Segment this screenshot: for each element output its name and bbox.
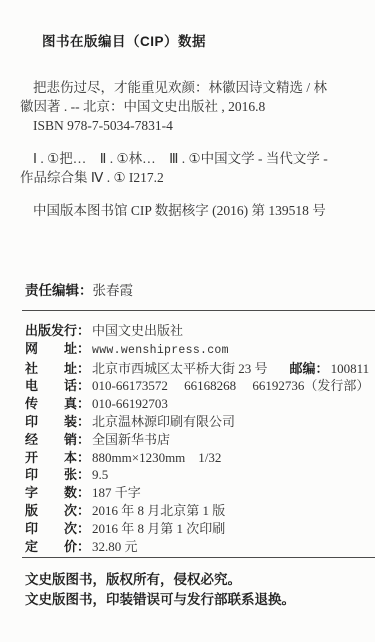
publication-value: 9.5 [92, 467, 108, 482]
publication-value: 全国新华书店 [92, 432, 170, 447]
cip-catalog-entry: 把悲伤过尽，才能重见欢颜：林徽因诗文精选 / 林 徽因著 . -- 北京：中国文… [20, 78, 359, 135]
publication-row: 印装：北京温林源印刷有限公司 [25, 413, 375, 431]
publication-label: 印次 [25, 520, 77, 538]
colon-separator: ： [77, 361, 90, 376]
publication-label: 网址 [25, 340, 77, 358]
copyright-notice: 文史版图书，版权所有，侵权必究。 [25, 570, 375, 590]
publication-label: 开本 [25, 449, 77, 467]
colon-separator: ： [77, 432, 90, 447]
publication-row: 网址：www.wenshipress.com [25, 340, 375, 360]
publication-info-list: 出版发行：中国文史出版社网址：www.wenshipress.com社址：北京市… [25, 322, 375, 555]
colon-separator: ： [77, 341, 90, 356]
publication-value: www.wenshipress.com [92, 344, 229, 357]
publication-value: 187 千字 [92, 485, 141, 500]
publication-row: 版次：2016 年 8 月北京第 1 版 [25, 502, 375, 520]
publication-value: 中国文史出版社 [92, 323, 183, 338]
divider-rule-bottom [22, 557, 375, 558]
notices-block: 文史版图书，版权所有，侵权必究。 文史版图书，印装错误可与发行部联系退换。 [25, 570, 375, 610]
publication-value: 北京温林源印刷有限公司 [92, 414, 235, 429]
returns-notice: 文史版图书，印装错误可与发行部联系退换。 [25, 590, 375, 610]
colon-separator: ： [77, 503, 90, 518]
publication-row: 经销：全国新华书店 [25, 431, 375, 449]
cip-record-number: 中国版本图书馆 CIP 数据核字 (2016) 第 139518 号 [20, 201, 359, 220]
colon-separator: ： [77, 450, 90, 465]
publication-label: 经销 [25, 431, 77, 449]
publication-row: 印次：2016 年 8 月第 1 次印刷 [25, 520, 375, 538]
cip-entry-line1: 把悲伤过尽，才能重见欢颜：林徽因诗文精选 / 林 [20, 78, 359, 97]
publication-label: 印张 [25, 466, 77, 484]
editor-label: 责任编辑 [25, 283, 79, 298]
publication-label: 字数 [25, 484, 77, 502]
publication-row: 印张：9.5 [25, 466, 375, 484]
publication-row: 传真：010-66192703 [25, 395, 375, 413]
publication-extra-label: 邮编 [290, 361, 316, 376]
colon-separator: ： [77, 521, 90, 536]
publication-value: 880mm×1230mm 1/32 [92, 450, 221, 465]
publication-label: 电话 [25, 377, 77, 395]
publication-value: 010-66192703 [92, 396, 168, 411]
colon-separator: ： [316, 361, 329, 376]
publication-extra-value: 100811 [331, 361, 370, 376]
colon-separator: ： [77, 378, 90, 393]
editor-row: 责任编辑：张春霞 [25, 281, 375, 300]
publication-value: 32.80 元 [92, 539, 138, 554]
colon-separator: ： [77, 396, 90, 411]
book-copyright-page: 图书在版编目（CIP）数据 把悲伤过尽，才能重见欢颜：林徽因诗文精选 / 林 徽… [0, 0, 375, 642]
publication-label: 印装 [25, 413, 77, 431]
editor-name: 张春霞 [93, 283, 134, 298]
publication-value: 2016 年 8 月北京第 1 版 [92, 503, 225, 518]
publication-label: 出版发行 [25, 322, 77, 340]
cip-classification-line2: 作品综合集 Ⅳ . ① I217.2 [20, 168, 359, 187]
colon-separator: ： [77, 323, 90, 338]
publication-value: 2016 年 8 月第 1 次印刷 [92, 521, 225, 536]
divider-rule-top [22, 310, 375, 311]
publication-value: 北京市西城区太平桥大街 23 号 [92, 361, 268, 376]
publication-row: 字数：187 千字 [25, 484, 375, 502]
colon-separator: ： [77, 414, 90, 429]
colon-separator: ： [77, 485, 90, 500]
publication-row: 定价：32.80 元 [25, 538, 375, 556]
publication-row: 社址：北京市西城区太平桥大街 23 号邮编：100811 [25, 360, 375, 378]
publication-row: 电话：010-66173572 66168268 66192736（发行部） [25, 377, 375, 395]
publication-row: 开本：880mm×1230mm 1/32 [25, 449, 375, 467]
colon-separator: ： [79, 283, 93, 298]
publication-label: 传真 [25, 395, 77, 413]
publication-label: 版次 [25, 502, 77, 520]
cip-entry-line2: 徽因著 . -- 北京：中国文史出版社 , 2016.8 [20, 97, 359, 116]
publication-row: 出版发行：中国文史出版社 [25, 322, 375, 340]
cip-classification: Ⅰ . ①把… Ⅱ . ①林… Ⅲ . ①中国文学 - 当代文学 - 作品综合集… [20, 149, 359, 187]
colon-separator: ： [77, 539, 90, 554]
cip-classification-line1: Ⅰ . ①把… Ⅱ . ①林… Ⅲ . ①中国文学 - 当代文学 - [20, 149, 359, 168]
publication-value: 010-66173572 66168268 66192736（发行部） [92, 378, 369, 393]
publication-label: 社址 [25, 360, 77, 378]
colon-separator: ： [77, 467, 90, 482]
isbn-line: ISBN 978-7-5034-7831-4 [20, 116, 359, 135]
cip-heading: 图书在版编目（CIP）数据 [42, 0, 375, 51]
publication-label: 定价 [25, 538, 77, 556]
